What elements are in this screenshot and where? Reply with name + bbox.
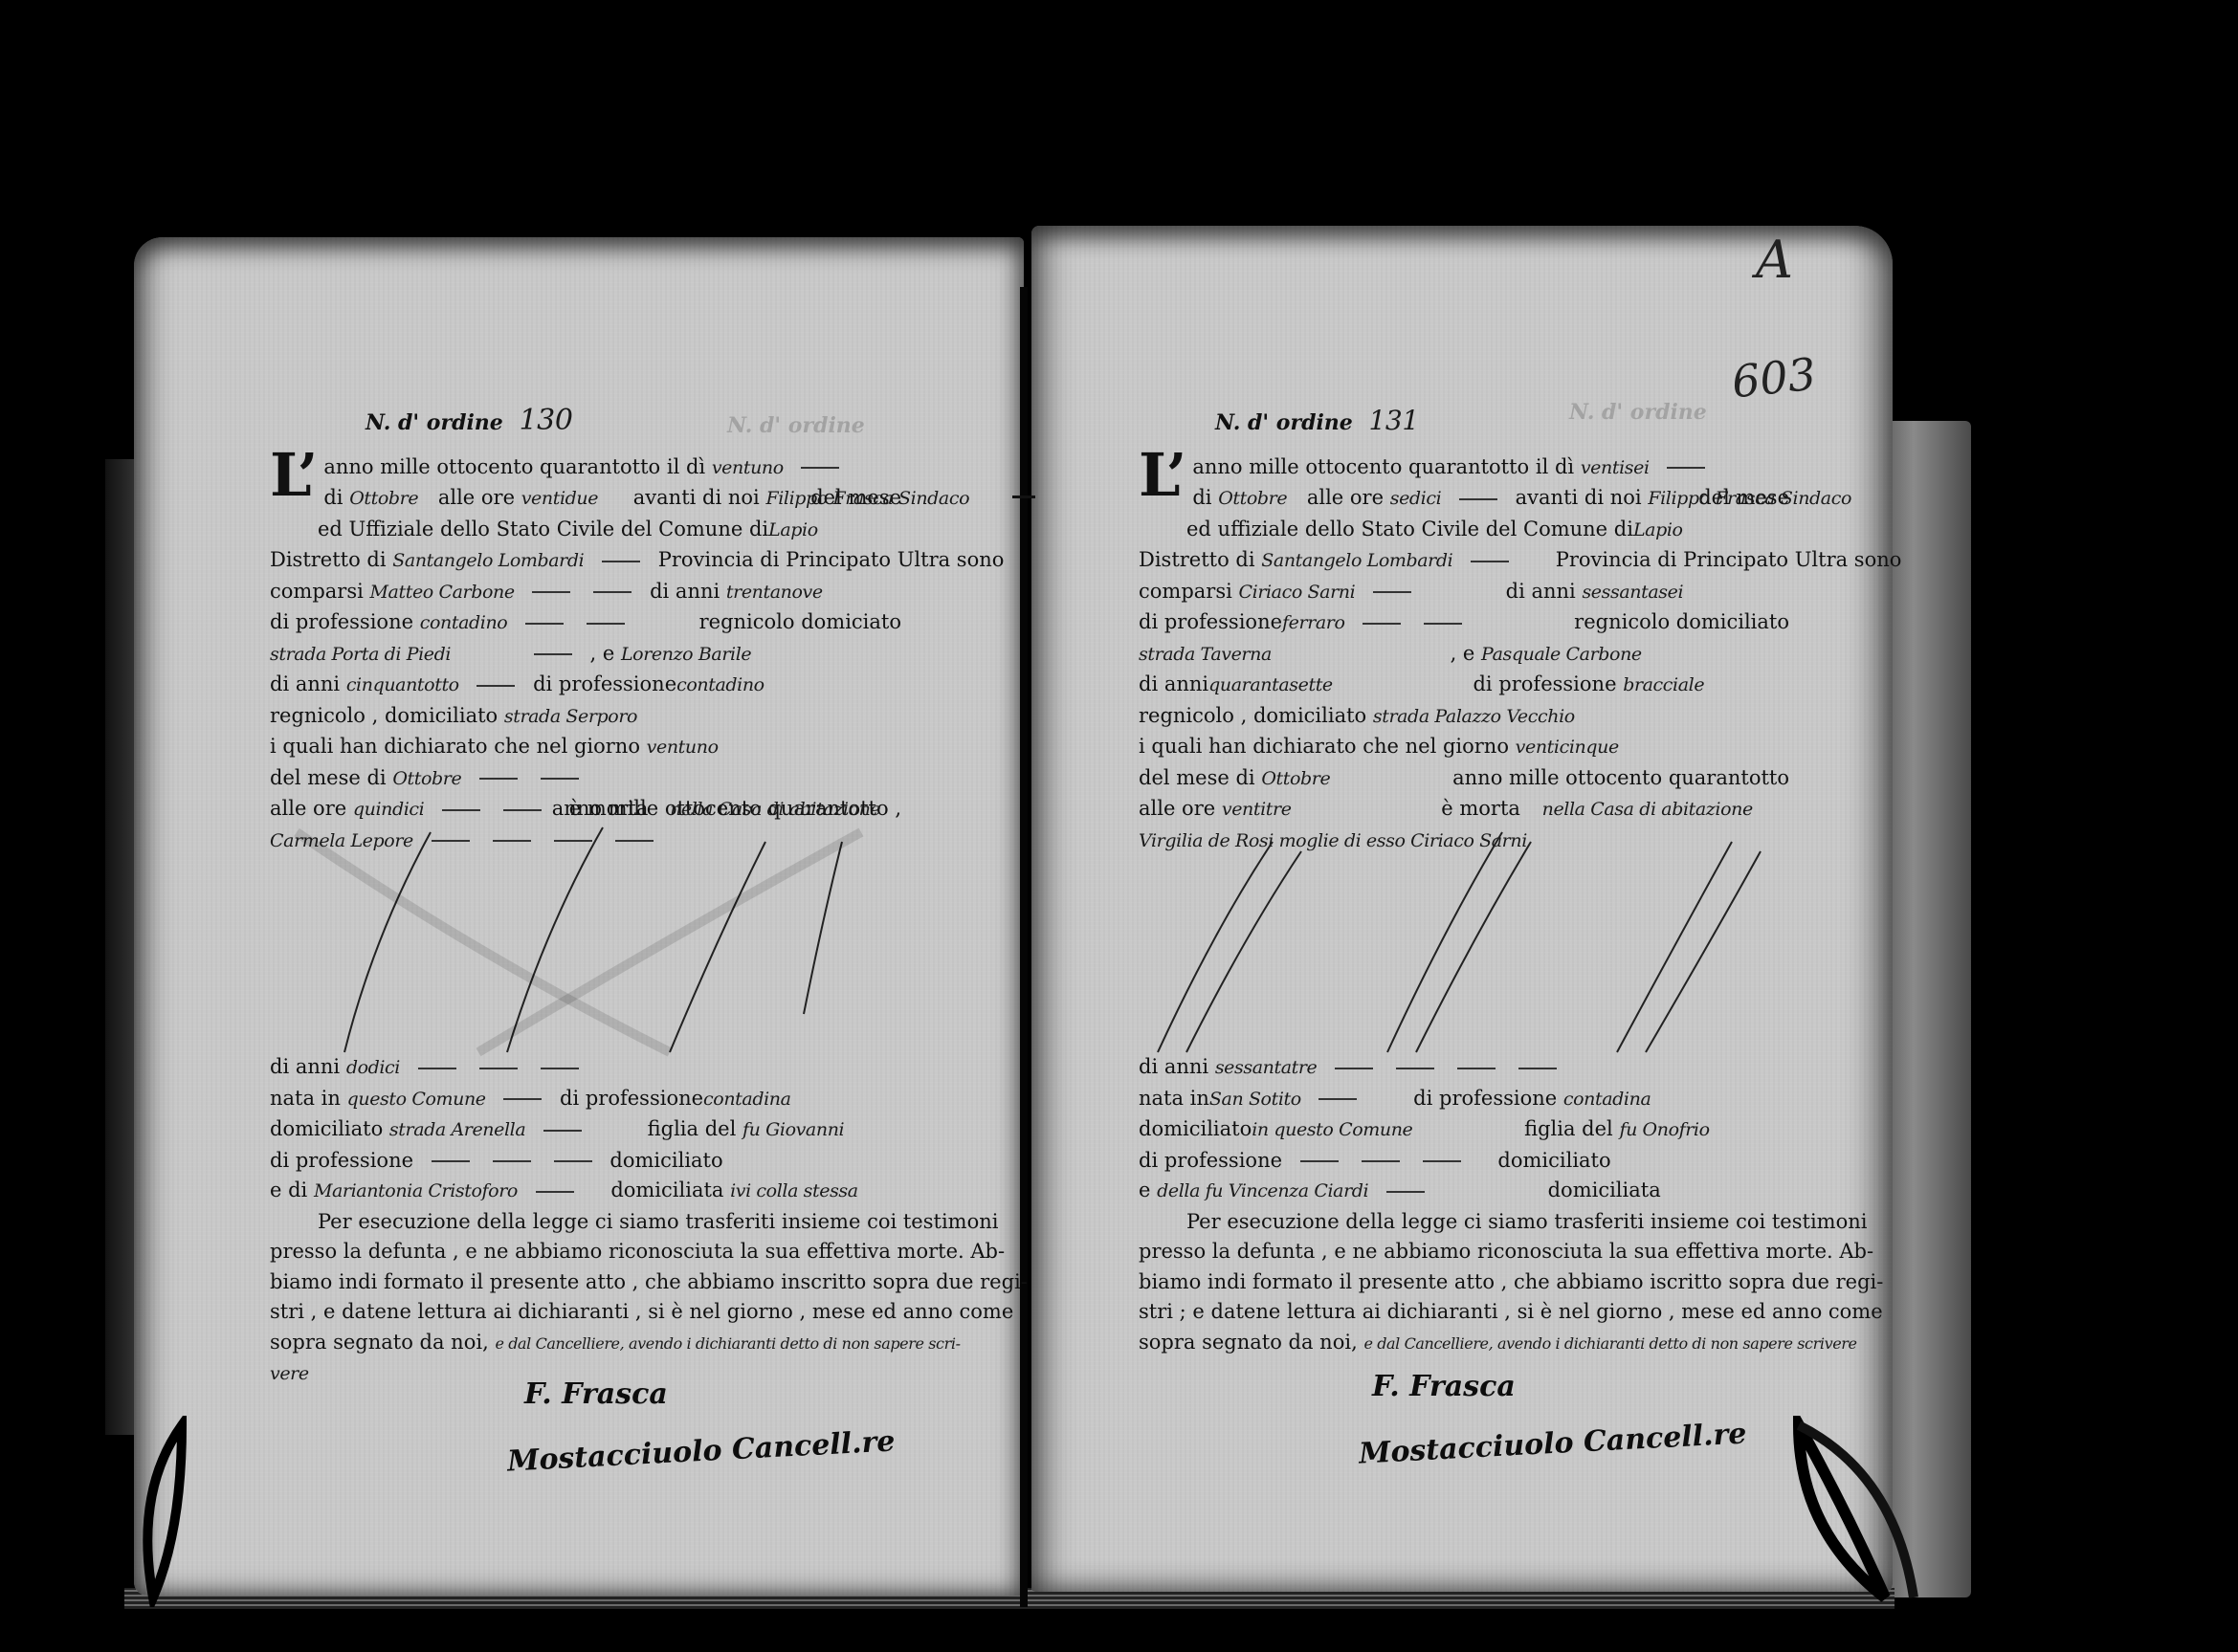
handwritten-day: ventuno [712, 457, 784, 478]
printed-text: regnicolo domiciato [699, 607, 901, 638]
printed-text: di [1192, 486, 1211, 509]
handwritten-note: e dal Cancelliere, avendo i dichiaranti … [1363, 1334, 1856, 1353]
handwritten-mother-residence: ivi colla stessa [730, 1180, 858, 1201]
left-record-lower: di anni dodici nata in questo Comune di … [270, 1052, 901, 1390]
handwritten-day: ventisei [1581, 457, 1650, 478]
printed-text: anno mille ottocento quarantotto il dì [1192, 455, 1574, 478]
printed-text: Distretto di [1139, 548, 1255, 571]
printed-text: figlia del [1524, 1117, 1613, 1140]
right-record: N. d' ordine 131 L’ anno mille ottocento… [1139, 406, 1789, 856]
ordine-number: 130 [519, 404, 572, 437]
handwritten-hour: ventidue [521, 488, 598, 509]
handwritten-day: ventuno [647, 737, 719, 758]
handwritten-address: strada Serporo [504, 706, 637, 727]
printed-text: comparsi [1139, 580, 1232, 603]
handwritten-profession: contadino [420, 612, 508, 633]
handwritten-hour: sedici [1390, 488, 1442, 509]
handwritten-profession: contadina [703, 1089, 790, 1110]
handwritten-age: trentanove [726, 582, 823, 603]
handwritten-profession: contadina [1563, 1089, 1651, 1110]
handwritten-age: cinquantotto [346, 674, 459, 695]
printed-text: ed Uffiziale dello Stato Civile del Comu… [318, 518, 768, 540]
printed-text: regnicolo , domiciliato [270, 704, 498, 727]
handwritten-birthplace: San Sotito [1209, 1089, 1301, 1110]
right-record-lower: di anni sessantatre nata inSan Sotito di… [1139, 1052, 1799, 1358]
closing-text: biamo indi formato il presente atto , ch… [270, 1270, 1028, 1293]
handwritten-age: sessantatre [1215, 1057, 1318, 1078]
printed-text: di anni [1139, 672, 1208, 695]
handwritten-address: in questo Comune [1252, 1119, 1412, 1140]
printed-text: di professione [270, 1149, 413, 1172]
closing-text: Per esecuzione della legge ci siamo tras… [1186, 1210, 1867, 1233]
handwritten-witness-2: Pasquale Carbone [1481, 644, 1642, 665]
printed-text: di anni [650, 580, 720, 603]
handwritten-mother: Mariantonia Cristoforo [314, 1180, 518, 1201]
folio-number: 603 [1729, 348, 1818, 408]
signature-sindaco: F. Frasca [524, 1377, 668, 1411]
printed-text: avanti di noi [1516, 486, 1642, 509]
printed-text: domiciliato [1139, 1117, 1252, 1140]
printed-text: di anni [1506, 580, 1576, 603]
handwritten-witness-1: Matteo Carbone [370, 582, 515, 603]
handwritten-note: vere [270, 1363, 309, 1384]
printed-text: figlia del [648, 1117, 737, 1140]
ordine-number: 131 [1368, 405, 1418, 436]
printed-text: di professione [1413, 1087, 1557, 1110]
handwritten-witness-1: Ciriaco Sarni [1239, 582, 1356, 603]
handwritten-official: Filippo Frasca Sindaco [1648, 488, 1851, 509]
handwritten-age: quarantasette [1208, 674, 1333, 695]
book-gutter [1020, 287, 1028, 1607]
handwritten-comune: Lapio [1633, 519, 1683, 540]
handwritten-district: Santangelo Lombardi [392, 550, 584, 571]
handwritten-place: nella Casa di abitazione [670, 799, 880, 820]
handwritten-month: Ottobre [1218, 488, 1287, 509]
printed-text: ed uffiziale dello Stato Civile del Comu… [1186, 518, 1633, 540]
left-record: N. d' ordine 130 L’ anno mille ottocento… [270, 406, 901, 856]
printed-text: domiciliato [1497, 1149, 1610, 1172]
handwritten-profession: bracciale [1623, 674, 1704, 695]
printed-text: alle ore [1139, 797, 1215, 820]
printed-text: è morta [1441, 797, 1520, 820]
folio-mark: A [1756, 230, 1793, 290]
closing-text: Per esecuzione della legge ci siamo tras… [318, 1210, 998, 1233]
ordine-label: N. d' ordine [1215, 410, 1353, 435]
printed-text: Provincia di Principato Ultra sono [658, 548, 1005, 571]
printed-text: di professione [1139, 1149, 1282, 1172]
printed-text: Distretto di [270, 548, 387, 571]
closing-text: presso la defunta , e ne abbiamo riconos… [270, 1240, 1005, 1263]
handwritten-deceased-name: Virgilia de Rosi moglie di esso Ciriaco … [1139, 830, 1527, 851]
handwritten-hour: ventitre [1222, 799, 1292, 820]
printed-text: di [323, 486, 343, 509]
closing-text: stri ; e datene lettura ai dichiaranti ,… [1139, 1300, 1883, 1323]
handwritten-age: sessantasei [1582, 582, 1683, 603]
closing-text: presso la defunta , e ne abbiamo riconos… [1139, 1240, 1873, 1263]
handwritten-profession: contadino [676, 674, 764, 695]
ordine-label: N. d' ordine [366, 410, 503, 435]
printed-text: domiciliata [610, 1178, 723, 1201]
printed-text: di professione [270, 610, 413, 633]
printed-text: anno mille ottocento quarantotto [1452, 763, 1789, 794]
handwritten-birthplace: questo Comune [347, 1089, 486, 1110]
printed-text: Provincia di Principato Ultra sono [1556, 548, 1902, 571]
printed-text: di professione [1139, 610, 1282, 633]
printed-text: domiciliato [609, 1149, 722, 1172]
handwritten-address: strada Palazzo Vecchio [1373, 706, 1575, 727]
handwritten-father: fu Onofrio [1619, 1119, 1709, 1140]
printed-text: e di [270, 1178, 307, 1201]
printed-text: nata in [270, 1087, 341, 1110]
handwritten-note: e dal Cancelliere, avendo i dichiaranti … [495, 1334, 960, 1353]
printed-text: regnicolo domiciliato [1574, 607, 1789, 638]
handwritten-deceased-name: Carmela Lepore [270, 830, 413, 851]
binding-ribbon [1789, 1416, 1933, 1607]
printed-text: comparsi [270, 580, 364, 603]
handwritten-witness-2: Lorenzo Barile [621, 644, 751, 665]
printed-text: del mese di [270, 766, 387, 789]
handwritten-mother: della fu Vincenza Ciardi [1157, 1180, 1368, 1201]
handwritten-hour: quindici [353, 799, 424, 820]
handwritten-profession: ferraro [1282, 612, 1345, 633]
closing-text: sopra segnato da noi, [270, 1331, 489, 1354]
closing-text: stri , e datene lettura ai dichiaranti ,… [270, 1300, 1013, 1323]
printed-text: di anni [270, 672, 340, 695]
handwritten-district: Santangelo Lombardi [1261, 550, 1452, 571]
gutter-mark [1012, 496, 1035, 498]
handwritten-month: Ottobre [392, 768, 461, 789]
printed-text: di anni [1139, 1055, 1208, 1078]
handwritten-address: strada Arenella [389, 1119, 525, 1140]
handwritten-address: strada Taverna [1139, 644, 1272, 665]
printed-text: , e [589, 642, 614, 665]
printed-text: anno mille ottocento quarantotto il dì [323, 455, 705, 478]
printed-text: i quali han dichiarato che nel giorno [1139, 735, 1509, 758]
printed-text: avanti di noi [633, 486, 760, 509]
handwritten-place: nella Casa di abitazione [1542, 799, 1753, 820]
printed-text: nata in [1139, 1087, 1209, 1110]
printed-text: regnicolo , domiciliato [1139, 704, 1366, 727]
printed-text: alle ore [270, 797, 346, 820]
handwritten-official: Filippo Frasca Sindaco [765, 488, 969, 509]
printed-text: alle ore [1307, 486, 1384, 509]
handwritten-comune: Lapio [768, 519, 818, 540]
handwritten-day: venticinque [1516, 737, 1619, 758]
signature-sindaco: F. Frasca [1372, 1370, 1516, 1403]
printed-text: di professione [1473, 672, 1616, 695]
closing-text: biamo indi formato il presente atto , ch… [1139, 1270, 1883, 1293]
printed-text: , e [1451, 642, 1475, 665]
printed-text: di professione [560, 1087, 703, 1110]
handwritten-address: strada Porta di Piedi [270, 644, 451, 665]
printed-text: è morta [569, 797, 649, 820]
printed-text: alle ore [438, 486, 515, 509]
closing-text: sopra segnato da noi, [1139, 1331, 1358, 1354]
printed-text: i quali han dichiarato che nel giorno [270, 735, 640, 758]
printed-text: domiciliata [1548, 1178, 1661, 1201]
handwritten-month: Ottobre [349, 488, 418, 509]
handwritten-age: dodici [346, 1057, 400, 1078]
binding-ribbon [124, 1416, 211, 1607]
handwritten-month: Ottobre [1261, 768, 1330, 789]
printed-text: di professione [533, 672, 676, 695]
printed-text: e [1139, 1178, 1150, 1201]
printed-text: domiciliato [270, 1117, 383, 1140]
handwritten-father: fu Giovanni [742, 1119, 844, 1140]
printed-text: del mese di [1139, 766, 1255, 789]
printed-text: di anni [270, 1055, 340, 1078]
